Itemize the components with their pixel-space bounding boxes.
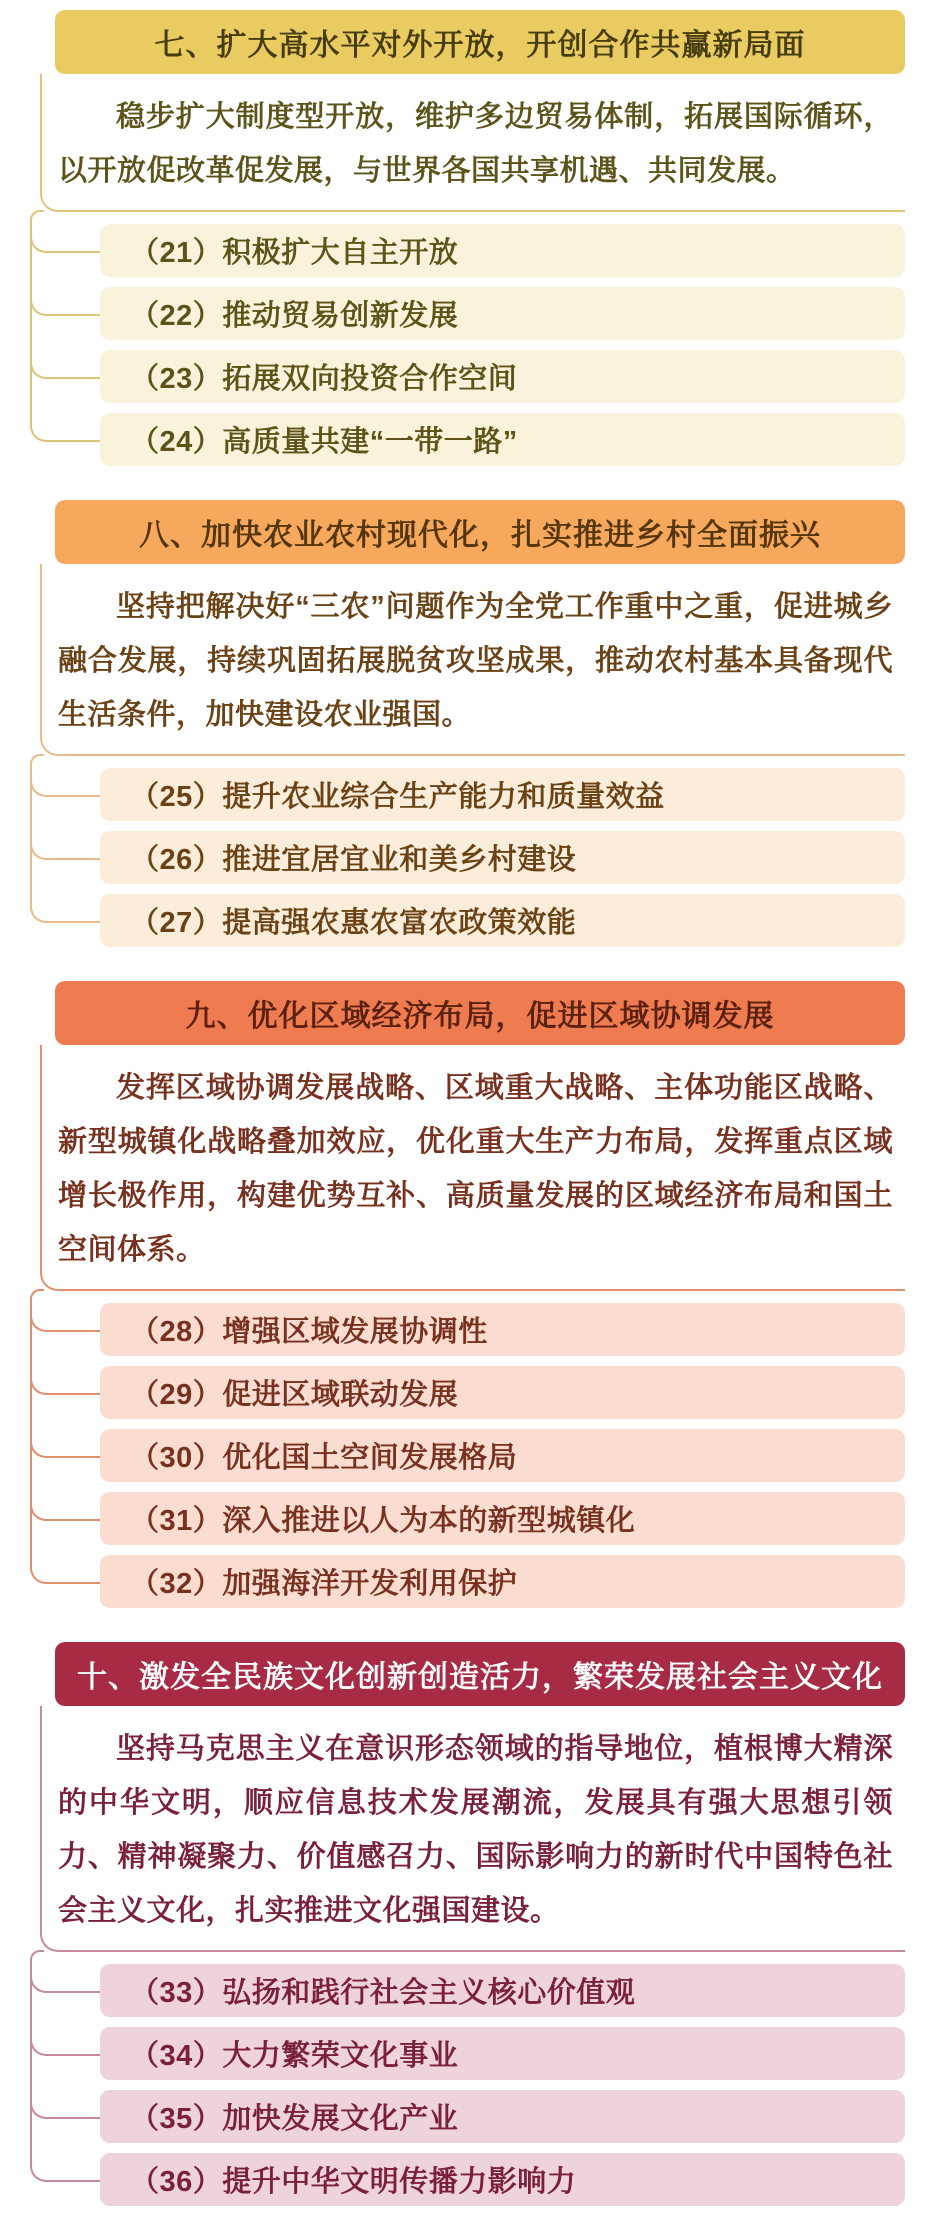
section-10-item-list: （33）弘扬和践行社会主义核心价值观 （34）大力繁荣文化事业 （35）加快发展… bbox=[0, 1952, 933, 2206]
list-item-row: （35）加快发展文化产业 bbox=[100, 2090, 905, 2143]
section-8-item-list: （25）提升农业综合生产能力和质量效益 （26）推进宜居宜业和美乡村建设 （27… bbox=[0, 756, 933, 947]
section-7-summary-block: 稳步扩大制度型开放，维护多边贸易体制，拓展国际循环，以开放促改革促发展，与世界各… bbox=[40, 74, 905, 212]
section-8-title-bar: 八、加快农业农村现代化，扎实推进乡村全面振兴 bbox=[55, 500, 905, 564]
list-item-label: （33）弘扬和践行社会主义核心价值观 bbox=[130, 1970, 635, 2011]
list-item: （29）促进区域联动发展 bbox=[100, 1366, 905, 1419]
list-item: （31）深入推进以人为本的新型城镇化 bbox=[100, 1492, 905, 1545]
section-title: 七、扩大高水平对外开放，开创合作共赢新局面 bbox=[155, 20, 806, 64]
section-7-item-list: （21）积极扩大自主开放 （22）推动贸易创新发展 （23）拓展双向投资合作空间… bbox=[0, 212, 933, 466]
section-summary: 坚持马克思主义在意识形态领域的指导地位，植根博大精深的中华文明，顺应信息技术发展… bbox=[58, 1722, 893, 1938]
list-item-row: （24）高质量共建“一带一路” bbox=[100, 413, 905, 466]
section-10-body: 坚持马克思主义在意识形态领域的指导地位，植根博大精深的中华文明，顺应信息技术发展… bbox=[0, 1706, 933, 2206]
list-item: （30）优化国土空间发展格局 bbox=[100, 1429, 905, 1482]
list-item-label: （22）推动贸易创新发展 bbox=[130, 293, 458, 334]
list-item: （28）增强区域发展协调性 bbox=[100, 1303, 905, 1356]
list-item-label: （36）提升中华文明传播力影响力 bbox=[130, 2159, 576, 2200]
section-title: 八、加快农业农村现代化，扎实推进乡村全面振兴 bbox=[139, 510, 821, 554]
section-7-title-bar: 七、扩大高水平对外开放，开创合作共赢新局面 bbox=[55, 10, 905, 74]
section-10: 十、激发全民族文化创新创造活力，繁荣发展社会主义文化 坚持马克思主义在意识形态领… bbox=[0, 1642, 933, 2206]
section-title: 九、优化区域经济布局，促进区域协调发展 bbox=[186, 991, 775, 1035]
list-item-row: （30）优化国土空间发展格局 bbox=[100, 1429, 905, 1482]
list-item-label: （32）加强海洋开发利用保护 bbox=[130, 1561, 517, 1602]
list-item: （33）弘扬和践行社会主义核心价值观 bbox=[100, 1964, 905, 2017]
section-8-summary-block: 坚持把解决好“三农”问题作为全党工作重中之重，促进城乡融合发展，持续巩固拓展脱贫… bbox=[40, 564, 905, 756]
section-10-summary-block: 坚持马克思主义在意识形态领域的指导地位，植根博大精深的中华文明，顺应信息技术发展… bbox=[40, 1706, 905, 1952]
list-item-row: （27）提高强农惠农富农政策效能 bbox=[100, 894, 905, 947]
list-item-row: （26）推进宜居宜业和美乡村建设 bbox=[100, 831, 905, 884]
list-item-label: （23）拓展双向投资合作空间 bbox=[130, 356, 517, 397]
section-9: 九、优化区域经济布局，促进区域协调发展 发挥区域协调发展战略、区域重大战略、主体… bbox=[0, 981, 933, 1608]
list-item: （24）高质量共建“一带一路” bbox=[100, 413, 905, 466]
list-item-row: （33）弘扬和践行社会主义核心价值观 bbox=[100, 1964, 905, 2017]
list-item: （22）推动贸易创新发展 bbox=[100, 287, 905, 340]
section-9-title-bar: 九、优化区域经济布局，促进区域协调发展 bbox=[55, 981, 905, 1045]
list-item: （23）拓展双向投资合作空间 bbox=[100, 350, 905, 403]
section-title: 十、激发全民族文化创新创造活力，繁荣发展社会主义文化 bbox=[77, 1652, 883, 1696]
list-item: （36）提升中华文明传播力影响力 bbox=[100, 2153, 905, 2206]
list-item-row: （34）大力繁荣文化事业 bbox=[100, 2027, 905, 2080]
list-item-row: （22）推动贸易创新发展 bbox=[100, 287, 905, 340]
list-item: （25）提升农业综合生产能力和质量效益 bbox=[100, 768, 905, 821]
section-9-summary-block: 发挥区域协调发展战略、区域重大战略、主体功能区战略、新型城镇化战略叠加效应，优化… bbox=[40, 1045, 905, 1291]
list-item-label: （35）加快发展文化产业 bbox=[130, 2096, 458, 2137]
list-item-row: （36）提升中华文明传播力影响力 bbox=[100, 2153, 905, 2206]
section-10-title-bar: 十、激发全民族文化创新创造活力，繁荣发展社会主义文化 bbox=[55, 1642, 905, 1706]
list-item: （32）加强海洋开发利用保护 bbox=[100, 1555, 905, 1608]
section-9-item-list: （28）增强区域发展协调性 （29）促进区域联动发展 （30）优化国土空间发展格… bbox=[0, 1291, 933, 1608]
list-item: （34）大力繁荣文化事业 bbox=[100, 2027, 905, 2080]
list-item-label: （27）提高强农惠农富农政策效能 bbox=[130, 900, 576, 941]
section-7: 七、扩大高水平对外开放，开创合作共赢新局面 稳步扩大制度型开放，维护多边贸易体制… bbox=[0, 10, 933, 466]
list-item-row: （28）增强区域发展协调性 bbox=[100, 1303, 905, 1356]
list-item-label: （21）积极扩大自主开放 bbox=[130, 230, 458, 271]
list-item-label: （28）增强区域发展协调性 bbox=[130, 1309, 488, 1350]
list-item-label: （24）高质量共建“一带一路” bbox=[130, 419, 518, 460]
section-8: 八、加快农业农村现代化，扎实推进乡村全面振兴 坚持把解决好“三农”问题作为全党工… bbox=[0, 500, 933, 947]
list-item: （35）加快发展文化产业 bbox=[100, 2090, 905, 2143]
list-item: （21）积极扩大自主开放 bbox=[100, 224, 905, 277]
section-7-body: 稳步扩大制度型开放，维护多边贸易体制，拓展国际循环，以开放促改革促发展，与世界各… bbox=[0, 74, 933, 466]
section-summary: 坚持把解决好“三农”问题作为全党工作重中之重，促进城乡融合发展，持续巩固拓展脱贫… bbox=[58, 580, 893, 742]
list-item-row: （21）积极扩大自主开放 bbox=[100, 224, 905, 277]
list-item: （27）提高强农惠农富农政策效能 bbox=[100, 894, 905, 947]
section-summary: 稳步扩大制度型开放，维护多边贸易体制，拓展国际循环，以开放促改革促发展，与世界各… bbox=[58, 90, 893, 198]
list-item: （26）推进宜居宜业和美乡村建设 bbox=[100, 831, 905, 884]
section-9-body: 发挥区域协调发展战略、区域重大战略、主体功能区战略、新型城镇化战略叠加效应，优化… bbox=[0, 1045, 933, 1608]
list-item-label: （31）深入推进以人为本的新型城镇化 bbox=[130, 1498, 635, 1539]
list-item-label: （34）大力繁荣文化事业 bbox=[130, 2033, 458, 2074]
section-summary: 发挥区域协调发展战略、区域重大战略、主体功能区战略、新型城镇化战略叠加效应，优化… bbox=[58, 1061, 893, 1277]
list-item-row: （29）促进区域联动发展 bbox=[100, 1366, 905, 1419]
list-item-label: （30）优化国土空间发展格局 bbox=[130, 1435, 517, 1476]
list-item-row: （31）深入推进以人为本的新型城镇化 bbox=[100, 1492, 905, 1545]
policy-outline-poster: 七、扩大高水平对外开放，开创合作共赢新局面 稳步扩大制度型开放，维护多边贸易体制… bbox=[0, 0, 933, 2240]
list-item-label: （29）促进区域联动发展 bbox=[130, 1372, 458, 1413]
list-item-row: （25）提升农业综合生产能力和质量效益 bbox=[100, 768, 905, 821]
list-item-row: （23）拓展双向投资合作空间 bbox=[100, 350, 905, 403]
list-item-row: （32）加强海洋开发利用保护 bbox=[100, 1555, 905, 1608]
list-item-label: （25）提升农业综合生产能力和质量效益 bbox=[130, 774, 665, 815]
list-item-label: （26）推进宜居宜业和美乡村建设 bbox=[130, 837, 576, 878]
section-8-body: 坚持把解决好“三农”问题作为全党工作重中之重，促进城乡融合发展，持续巩固拓展脱贫… bbox=[0, 564, 933, 947]
